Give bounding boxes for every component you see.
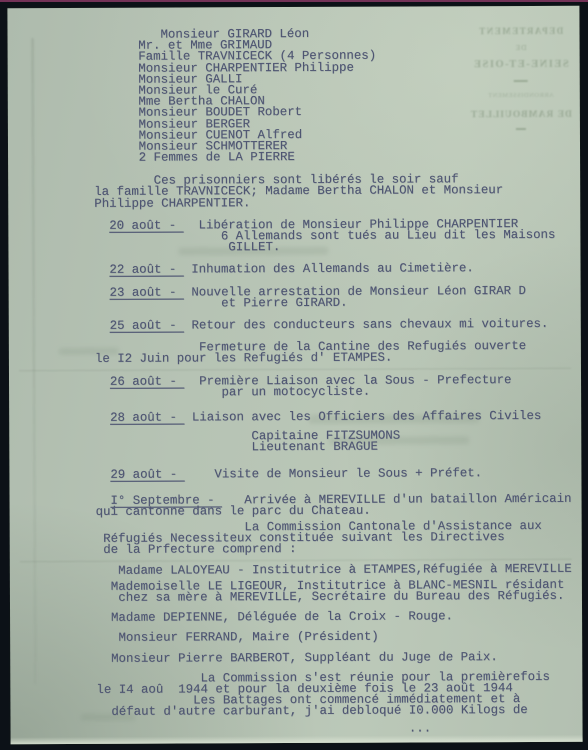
text-line: le I2 Juin pour les Refugiés d' ETAMPES. [95, 352, 581, 365]
line-indent [96, 705, 111, 719]
text-line: GILLET. [94, 241, 580, 254]
line-text: qui cantonne dans le parc du Chateau. [96, 503, 371, 518]
bleed-line-seine-et-oise: SEINE-ET-OISE [446, 59, 588, 71]
line-indent [95, 296, 221, 311]
date-entry-line: 25 août - Retour des conducteurs sans ch… [95, 319, 581, 332]
line-text: le I2 Juin pour les Refugiés d' ETAMPES. [95, 351, 392, 366]
bleed-dash [516, 128, 526, 130]
text-line: chez sa mère à MEREVILLE, Secrétaire du … [96, 591, 582, 604]
line-indent [97, 722, 409, 737]
line-text: par un motocycliste. [221, 384, 370, 399]
text-line: ... [97, 723, 583, 736]
line-text: Monsieur Pierre BARBEROT, Suppléant du J… [111, 650, 498, 666]
line-indent [96, 611, 111, 625]
date-heading: 22 août - [109, 263, 183, 277]
line-indent [95, 263, 110, 277]
bleed-dash [514, 80, 528, 82]
date-heading: 29 août - [110, 468, 184, 482]
text-line: et Pierre GIRARD. [95, 297, 581, 310]
text-line: qui cantonne dans le parc du Chateau. [96, 505, 582, 518]
text-line: 2 Femmes de LA PIERRE [94, 151, 580, 164]
line-indent [95, 411, 110, 425]
line-text: Monsieur FERRAND, Maire (Président) [118, 630, 378, 645]
line-text: et Pierre GIRARD. [221, 296, 347, 311]
line-text: défaut d'autre carburant, j'ai debloqué … [111, 703, 527, 719]
line-indent [94, 240, 228, 255]
line-text: Madame LALOYEAU - Institutrice à ETAMPES… [118, 561, 572, 577]
line-indent [96, 563, 118, 577]
letterhead-bleed-through: DEPARTEMENT DE SEINE-ET-OISE ARRONDISSEM… [445, 26, 588, 130]
line-text: chez sa mère à MEREVILLE, Secrétaire du … [118, 589, 564, 605]
line-indent [95, 319, 110, 333]
bleed-line-de: DE [446, 43, 588, 53]
bleed-line-departement: DEPARTEMENT [445, 26, 588, 37]
document-page: DEPARTEMENT DE SEINE-ET-OISE ARRONDISSEM… [7, 6, 582, 744]
line-text: 2 Femmes de LA PIERRE [94, 150, 295, 165]
line-text: ... [409, 722, 431, 736]
line-text: Madame DEPIENNE, Déléguée de la Croix - … [111, 609, 453, 624]
line-text: Lieutenant BRAGUE [251, 440, 377, 455]
line-indent [95, 385, 221, 400]
text-line: par un motocycliste. [95, 385, 581, 398]
line-text: Philippe CHARPENTIER. [94, 196, 250, 211]
scanned-document-photo: { "scan": { "background_color": "#0c1117… [0, 0, 588, 750]
line-text: GILLET. [228, 240, 280, 254]
text-line: défaut d'autre carburant, j'ai debloqué … [96, 705, 582, 718]
line-indent [95, 468, 110, 482]
line-indent [95, 440, 251, 455]
line-text: de la Prfecture comprend : [103, 542, 296, 557]
line-indent [96, 651, 111, 665]
line-text: Visite de Monsieur le Sous + Préfet. [185, 467, 482, 482]
paper-crease-vertical [32, 38, 37, 684]
text-line: Philippe CHARPENTIER. [94, 196, 580, 209]
typewritten-text-body: Monsieur GIRARD Léon Mr. et Mme GRIMAUD … [93, 28, 582, 737]
date-heading: 28 août - [110, 410, 184, 424]
line-text: Retour des conducteurs sans chevaux mi v… [184, 317, 548, 333]
text-line: Lieutenant BRAGUE [95, 441, 581, 454]
line-indent [96, 631, 118, 645]
date-entry-line: 29 août - Visite de Monsieur le Sous + P… [95, 468, 581, 481]
scanner-edge-artifact [0, 0, 588, 2]
text-line: Madame DEPIENNE, Déléguée de la Croix - … [96, 611, 582, 624]
bleed-line-arrondissement: ARRONDISSEMENT [446, 92, 588, 100]
text-line: Madame LALOYEAU - Institutrice à ETAMPES… [96, 563, 582, 576]
date-heading: 25 août - [110, 318, 184, 332]
bleed-line-de-rambouillet: DE RAMBOUILLET [446, 110, 588, 121]
line-indent [96, 591, 118, 605]
text-line: de la Prfecture comprend : [96, 543, 582, 556]
date-entry-line: 22 août - Inhumation des Allemands au Ci… [95, 263, 581, 276]
date-entry-line: 28 août - Liaison avec les Officiers des… [95, 411, 581, 424]
line-text: Inhumation des Allemands au Cimetière. [184, 262, 474, 277]
line-text: Liaison avec les Officiers des Affaires … [184, 409, 541, 425]
text-line: Monsieur Pierre BARBEROT, Suppléant du J… [96, 651, 582, 664]
text-line: Monsieur FERRAND, Maire (Président) [96, 631, 582, 644]
